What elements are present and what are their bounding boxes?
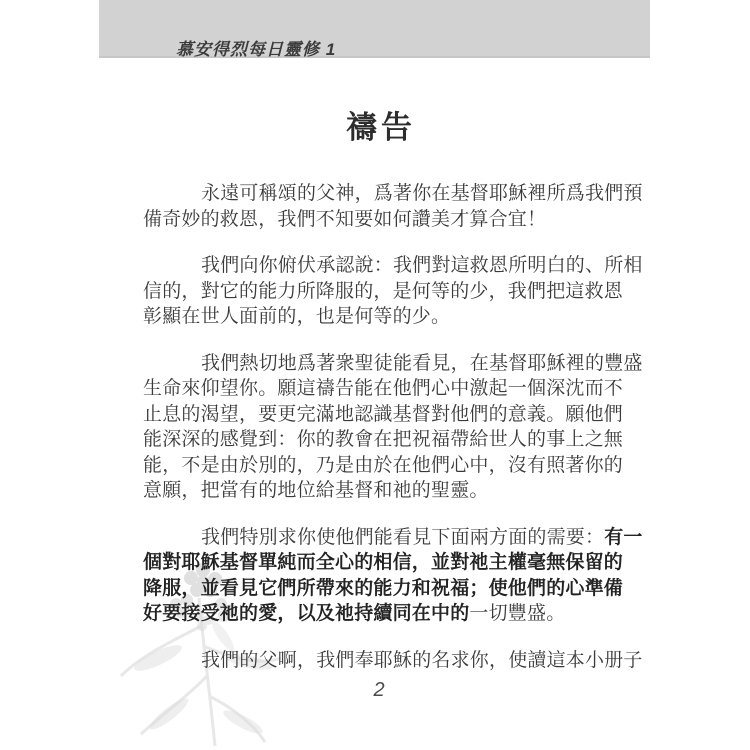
body-text-segment: 生命來仰望你。願這禱告能在他們心中激起一個深沈而不	[143, 378, 623, 399]
text-line: 個對耶穌基督單純而全心的相信，並對祂主權毫無保留的	[143, 550, 625, 576]
body-text-segment: 我們熱切地爲著衆聖徒能看見，在基督耶穌裡的豐盛	[201, 353, 643, 374]
emphasized-text: 個對耶穌基督單純而全心的相信，並對祂主權毫無保留的	[143, 552, 623, 573]
text-line: 永遠可稱頌的父神，爲著你在基督耶穌裡所爲我們預	[143, 181, 625, 207]
text-line: 備奇妙的救恩，我們不知要如何讚美才算合宜！	[143, 207, 625, 233]
text-line: 意願，把當有的地位給基督和祂的聖靈。	[143, 478, 625, 504]
paragraph: 永遠可稱頌的父神，爲著你在基督耶穌裡所爲我們預備奇妙的救恩，我們不知要如何讚美才…	[143, 181, 625, 232]
paragraph: 我們熱切地爲著衆聖徒能看見，在基督耶穌裡的豐盛生命來仰望你。願這禱告能在他們心中…	[143, 351, 625, 504]
paragraph: 我們的父啊，我們奉耶穌的名求你，使讀這本小册子	[143, 648, 625, 674]
text-line: 降服，並看見它們所帶來的能力和祝福；使他們的心準備	[143, 576, 625, 602]
book-page: 慕安得烈每日靈修 1	[0, 0, 750, 750]
text-line: 彰顯在世人面前的，也是何等的少。	[143, 304, 625, 330]
paragraph: 我們向你俯伏承認說：我們對這救恩所明白的、所相信的，對它的能力所降服的，是何等的…	[143, 253, 625, 330]
text-line: 我們向你俯伏承認說：我們對這救恩所明白的、所相	[143, 253, 625, 279]
emphasized-text: 降服，並看見它們所帶來的能力和祝福；使他們的心準備	[143, 578, 623, 599]
body-text-segment: 能深深的感覺到：你的教會在把祝福帶給世人的事上之無	[143, 429, 623, 450]
text-line: 好要接受祂的愛，以及祂持續同在中的一切豐盛。	[143, 601, 625, 627]
emphasized-text: 好要接受祂的愛，以及祂持續同在中的	[143, 603, 469, 624]
body-text-segment: 能，不是由於別的，乃是由於在他們心中，沒有照著你的	[143, 455, 623, 476]
body-text-segment: 我們的父啊，我們奉耶穌的名求你，使讀這本小册子	[201, 650, 643, 671]
text-line: 能，不是由於別的，乃是由於在他們心中，沒有照著你的	[143, 453, 625, 479]
text-line: 生命來仰望你。願這禱告能在他們心中激起一個深沈而不	[143, 376, 625, 402]
paragraph: 我們特別求你使他們能看見下面兩方面的需要：有一個對耶穌基督單純而全心的相信，並對…	[143, 525, 625, 627]
page-header-band: 慕安得烈每日靈修 1	[99, 0, 650, 58]
text-line: 能深深的感覺到：你的教會在把祝福帶給世人的事上之無	[143, 427, 625, 453]
body-text-segment: 一切豐盛。	[469, 603, 565, 624]
body-text-segment: 信的，對它的能力所降服的，是何等的少，我們把這救恩	[143, 281, 623, 302]
page-number: 2	[143, 679, 615, 702]
body-text-segment: 彰顯在世人面前的，也是何等的少。	[143, 306, 450, 327]
text-line: 我們特別求你使他們能看見下面兩方面的需要：有一	[143, 525, 625, 551]
emphasized-text: 有一	[604, 527, 642, 548]
body-text-segment: 永遠可稱頌的父神，爲著你在基督耶穌裡所爲我們預	[201, 183, 643, 204]
running-header: 慕安得烈每日靈修 1	[176, 35, 336, 60]
body-text-segment: 備奇妙的救恩，我們不知要如何讚美才算合宜！	[143, 209, 546, 230]
body-text-segment: 意願，把當有的地位給基督和祂的聖靈。	[143, 480, 489, 501]
text-line: 我們的父啊，我們奉耶穌的名求你，使讀這本小册子	[143, 648, 625, 674]
text-line: 止息的渴望，要更完滿地認識基督對他們的意義。願他們	[143, 402, 625, 428]
body-text-segment: 止息的渴望，要更完滿地認識基督對他們的意義。願他們	[143, 404, 623, 425]
text-line: 信的，對它的能力所降服的，是何等的少，我們把這救恩	[143, 279, 625, 305]
chapter-title: 禱告	[143, 102, 619, 147]
body-text-segment: 我們向你俯伏承認說：我們對這救恩所明白的、所相	[201, 255, 643, 276]
body-text-segment: 我們特別求你使他們能看見下面兩方面的需要：	[201, 527, 604, 548]
text-line: 我們熱切地爲著衆聖徒能看見，在基督耶穌裡的豐盛	[143, 351, 625, 377]
prayer-text: 永遠可稱頌的父神，爲著你在基督耶穌裡所爲我們預備奇妙的救恩，我們不知要如何讚美才…	[143, 181, 625, 694]
